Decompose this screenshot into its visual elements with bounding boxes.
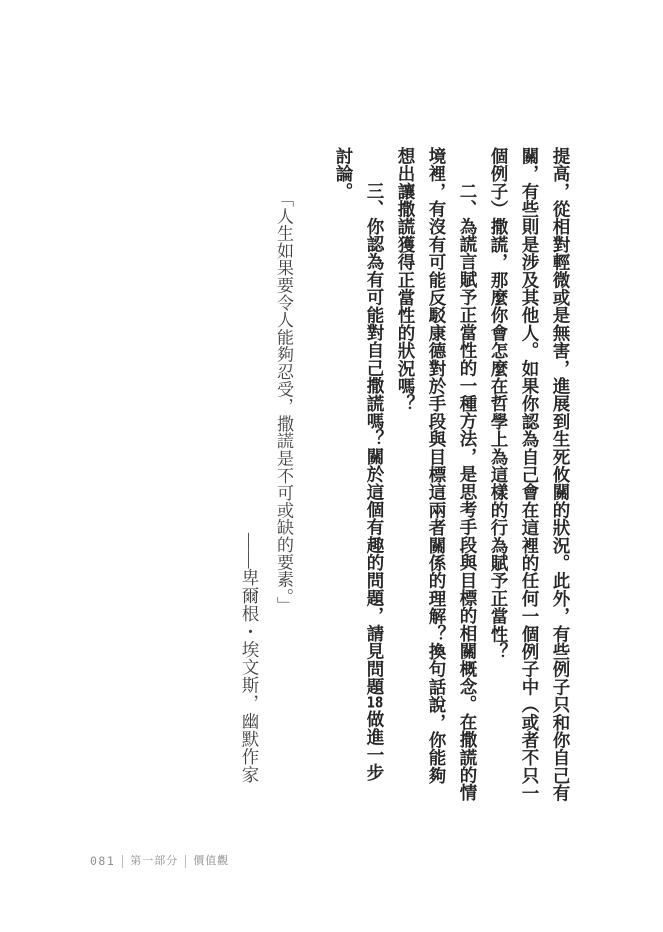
inline-number-18: 18 — [366, 695, 384, 710]
footer-separator-icon — [185, 855, 186, 868]
part-title: 第一部分 — [130, 854, 178, 869]
page-number: 081 — [90, 854, 115, 869]
body-text-block: 提高，從相對輕微或是無害，進展到生死攸關的狀況。此外，有些例子只和你自己有 關，… — [328, 147, 576, 815]
book-page: 提高，從相對輕微或是無害，進展到生死攸關的狀況。此外，有些例子只和你自己有 關，… — [0, 0, 663, 932]
body-column-4-question-2: 二、為謊言賦予正當性的一種方法，是思考手段與目標的相關概念。在撒謊的情 — [452, 147, 483, 815]
body-column-2: 關，有些則是涉及其他人。如果你認為自己會在這裡的任何一個例子中（或者不只一 — [514, 147, 545, 815]
body-column-8: 討論。 — [328, 147, 359, 815]
chapter-title: 價值觀 — [193, 854, 229, 869]
body-column-5: 境裡，有沒有可能反駁康德對於手段與目標這兩者關係的理解？換句話說，你能夠 — [421, 147, 452, 815]
question-3-text-end: 做進一步 — [365, 710, 385, 781]
body-column-6: 想出讓撒謊獲得正當性的狀況嗎？ — [390, 147, 421, 815]
question-3-text: 三、你認為有可能對自己撒謊嗎？關於這個有趣的問題，請見問題 — [365, 182, 385, 695]
quote-attribution: ——卑爾根・埃文斯，幽默作家 — [232, 533, 267, 784]
page-footer: 081 第一部分 價值觀 — [90, 854, 229, 869]
body-column-1: 提高，從相對輕微或是無害，進展到生死攸關的狀況。此外，有些例子只和你自己有 — [545, 147, 576, 815]
body-column-3: 個例子）撒謊，那麼你會怎麼在哲學上為這樣的行為賦予正當性？ — [483, 147, 514, 815]
body-column-7-question-3: 三、你認為有可能對自己撒謊嗎？關於這個有趣的問題，請見問題18做進一步 — [359, 147, 390, 815]
footer-separator-icon — [122, 855, 123, 868]
quote-text: 「人生如果要令人能夠忍受，撒謊是不可或缺的要素。」 — [266, 190, 300, 614]
